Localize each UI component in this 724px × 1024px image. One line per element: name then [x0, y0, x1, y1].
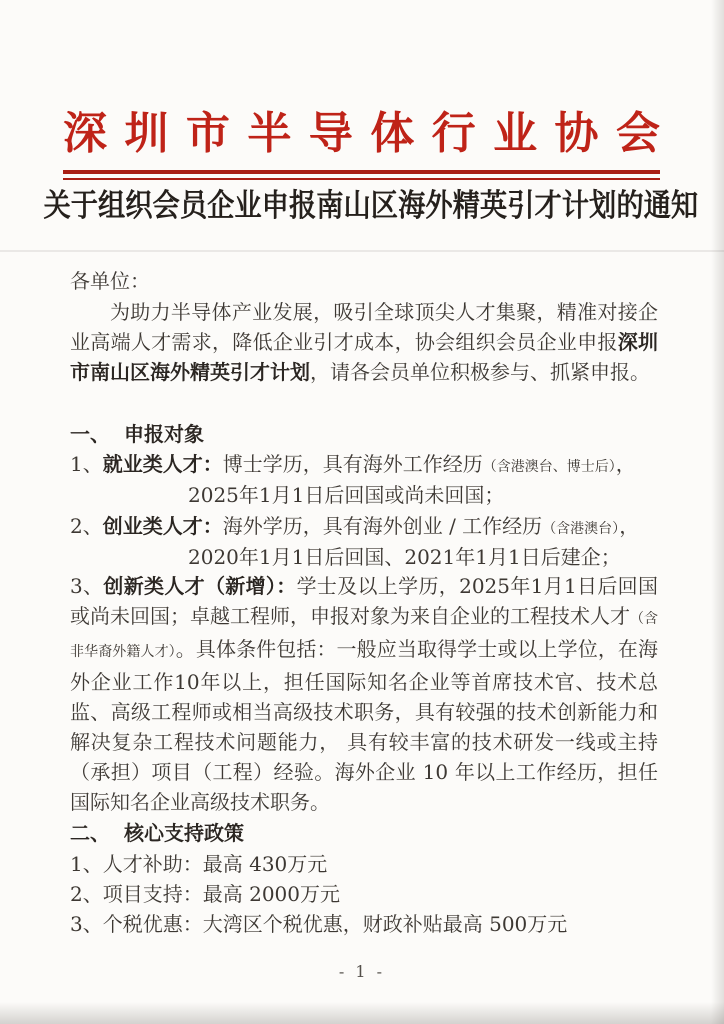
item-label: 创业类人才： — [103, 514, 223, 538]
list-item-startup-line2: 2020年1月1日后回国、2021年1月1日后建企； — [70, 542, 724, 572]
section-1-title: 申报对象 — [124, 422, 204, 446]
doc-title: 关于组织会员企业申报南山区海外精英引才计划的通知 — [43, 188, 680, 224]
intro-paragraph: 为助力半导体产业发展，吸引全球顶尖人才集聚，精准对接企业高端人才需求，降低企业引… — [70, 297, 658, 387]
policy-item-project: 2、项目支持：最高 2000万元 — [70, 879, 658, 909]
item-number: 3、 — [70, 574, 103, 598]
scan-edge-bottom — [0, 1002, 724, 1024]
item-number: 3、 — [70, 912, 103, 936]
list-item-innovation: 3、创新类人才（新增）：学士及以上学历，2025年1月1日后回国或尚未回国；卓越… — [70, 571, 658, 817]
item-number: 2、 — [70, 882, 103, 906]
item-label: 就业类人才： — [103, 452, 223, 476]
item-value: 最高 2000万元 — [203, 882, 340, 906]
item-number: 1、 — [70, 852, 103, 876]
item-note: （含港澳台） — [542, 521, 619, 537]
policy-item-subsidy: 1、人才补助：最高 430万元 — [70, 849, 658, 879]
section-2-title: 核心支持政策 — [124, 821, 244, 845]
section-1-number: 一、 — [70, 422, 110, 446]
item-label: 人才补助： — [103, 852, 203, 876]
scan-crease-line — [0, 250, 724, 252]
item-text-tail: ， — [616, 452, 636, 476]
letterhead-divider — [63, 170, 660, 180]
item-value: 最高 430万元 — [203, 852, 328, 876]
item-text-continued: 。具体条件包括：一般应当取得学士或以上学位，在海外企业工作10年以上，担任国际知… — [70, 637, 658, 814]
item-text: 海外学历，具有海外创业 / 工作经历 — [223, 514, 542, 538]
section-2-heading: 二、核心支持政策 — [70, 818, 658, 848]
item-label: 创新类人才（新增）： — [103, 574, 296, 598]
item-value: 大湾区个税优惠，财政补贴最高 500万元 — [203, 912, 568, 936]
item-note: （含港澳台、博士后） — [483, 459, 616, 475]
item-text-tail: ， — [619, 514, 639, 538]
item-number: 2、 — [70, 514, 103, 538]
intro-text: 为助力半导体产业发展，吸引全球顶尖人才集聚，精准对接企业高端人才需求，降低企业引… — [70, 300, 658, 354]
section-1-heading: 一、申报对象 — [70, 419, 658, 449]
intro-tail: ，请各会员单位积极参与、抓紧申报。 — [310, 360, 650, 384]
item-text: 博士学历，具有海外工作经历 — [223, 452, 483, 476]
scanned-notice-page: 深圳市半导体行业协会 关于组织会员企业申报南山区海外精英引才计划的通知 各单位：… — [0, 0, 724, 1024]
item-label: 项目支持： — [103, 882, 203, 906]
scan-edge-right — [711, 0, 724, 1024]
item-label: 个税优惠： — [103, 912, 203, 936]
org-title: 深圳市半导体行业协会 — [63, 106, 660, 162]
item-number: 1、 — [70, 452, 103, 476]
policy-item-tax: 3、个税优惠：大湾区个税优惠，财政补贴最高 500万元 — [70, 909, 658, 939]
list-item-employment-line2: 2025年1月1日后回国或尚未回国； — [70, 480, 724, 510]
section-2-number: 二、 — [70, 821, 110, 845]
list-item-employment: 1、就业类人才：博士学历，具有海外工作经历（含港澳台、博士后）， — [70, 449, 658, 482]
salutation: 各单位： — [70, 266, 658, 296]
page-number: - 1 - — [0, 962, 724, 981]
list-item-startup: 2、创业类人才：海外学历，具有海外创业 / 工作经历（含港澳台）， — [70, 511, 658, 544]
